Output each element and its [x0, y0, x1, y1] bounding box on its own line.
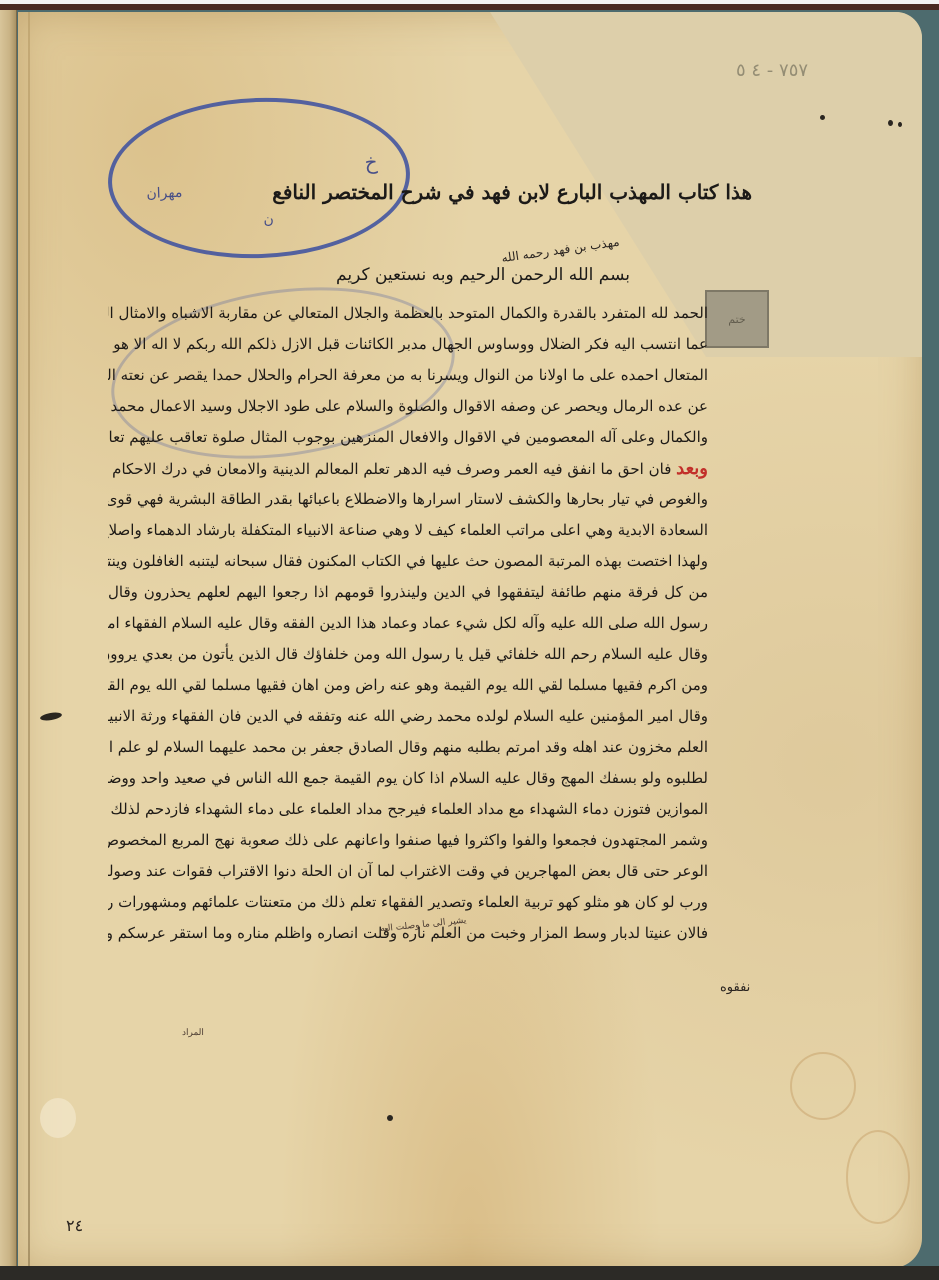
margin-note: نفقوه [720, 980, 750, 995]
gutter-line [28, 12, 30, 1268]
binding-strip [0, 10, 17, 1270]
text-line: عما انتسب اليه فكر الضلال ووساوس الجهال … [108, 329, 708, 360]
text-line: رسول الله صلى الله عليه وآله لكل شيء عما… [108, 608, 708, 639]
text-line: وقال امير المؤمنين عليه السلام لولده محم… [108, 701, 708, 732]
text-line: الحمد لله المتفرد بالقدرة والكمال المتوح… [108, 298, 708, 329]
text-line: الموازين فتوزن دماء الشهداء مع مداد العل… [108, 794, 708, 825]
text-line: السعادة الابدية وهي اعلى مراتب العلماء ك… [108, 515, 708, 546]
text-line: العلم مخزون عند اهله وقد امرتم بطلبه منه… [108, 732, 708, 763]
ink-blot [387, 1115, 393, 1121]
text-line: ورب لو كان هو مثلو كهو تربية العلماء وتص… [108, 887, 708, 918]
text-line: وقال عليه السلام رحم الله خلفائي قيل يا … [108, 639, 708, 670]
text-line: والغوص في تيار بحارها والكشف لاستار اسرا… [108, 484, 708, 515]
stamp-text-bottom: ن [263, 212, 274, 228]
main-text-block: الحمد لله المتفرد بالقدرة والكمال المتوح… [108, 298, 708, 949]
top-binding-edge [0, 0, 939, 10]
stamp-text-left: مهران [146, 185, 182, 202]
rubric-heading: وبعد [676, 458, 708, 479]
text-line: وشمر المجتهدون فجمعوا والفوا واكثروا فيه… [108, 825, 708, 856]
text-line: الوعر حتى قال بعض المهاجرين في وقت الاغت… [108, 856, 708, 887]
bottom-binding-edge [0, 1266, 939, 1280]
text-line: ومن اكرم فقيها مسلما لقي الله يوم القيمة… [108, 670, 708, 701]
text-line: عن عده الرمال ويحصر عن وصفه الاقوال والص… [108, 391, 708, 422]
square-seal: ختم [705, 290, 769, 348]
text-line: من كل فرقة منهم طائفة ليتفقهوا في الدين … [108, 577, 708, 608]
ink-blot [888, 120, 893, 126]
under-note: المراد [182, 1028, 204, 1038]
text-line-content: فان احق ما انفق فيه العمر وصرف فيه الدهر… [108, 460, 671, 478]
basmala: بسم الله الرحمن الرحيم وبه نستعين كريم [290, 265, 630, 285]
stamp-text-right: خ [364, 150, 378, 174]
text-line: لطلبوه ولو بسفك المهج وقال عليه السلام ا… [108, 763, 708, 794]
text-line: وبعد فان احق ما انفق فيه العمر وصرف فيه … [108, 453, 708, 484]
water-stain [790, 1052, 856, 1120]
water-stain [40, 1098, 76, 1138]
ink-blot [820, 115, 825, 120]
catalog-number: ٧٥٧ - ٤ ٥ [736, 60, 808, 81]
text-line: المتعال احمده على ما اولانا من النوال وي… [108, 360, 708, 391]
manuscript-title: هذا كتاب المهذب البارع لابن فهد في شرح ا… [412, 180, 752, 204]
water-stain [846, 1130, 910, 1224]
seal-text: ختم [728, 313, 745, 326]
ink-blot [898, 122, 902, 127]
text-line: ولهذا اختصت بهذه المرتبة المصون حث عليها… [108, 546, 708, 577]
text-line: والكمال وعلى آله المعصومين في الاقوال وا… [108, 422, 708, 453]
folio-number: ٢٤ [66, 1216, 83, 1235]
